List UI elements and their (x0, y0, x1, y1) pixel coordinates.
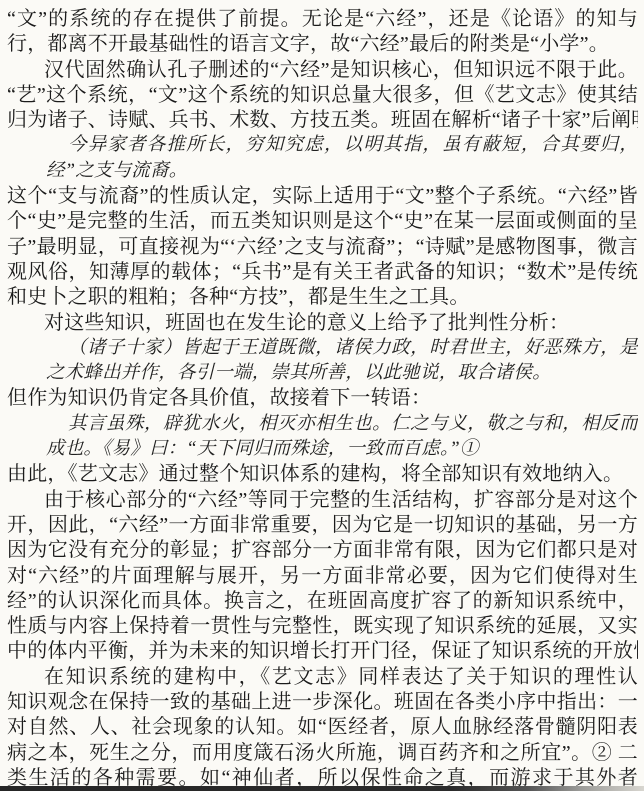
quote-text-line: 其言虽殊，辟犹水火，相灭亦相生也。仁之与义，敬之与和，相反而皆相 (7, 412, 638, 437)
body-text-line: 开，因此，“六经”一方面非常重要，因为它是一切知识的基础，另一方面非常朴素， (7, 513, 638, 538)
body-text-line: 由于核心部分的“六经”等同于完整的生活结构，扩容部分是对这个生活的展 (7, 488, 638, 513)
body-text-line: 经”的认识深化而具体。换言之，在班固高度扩容了的新知识系统中，所有的知识在 (7, 589, 638, 614)
body-text-line: 汉代固然确认孔子删述的“六经”是知识核心，但知识远不限于此。相对于 (7, 58, 638, 83)
quote-text-line: （诸子十家）皆起于王道既微，诸侯力政，时君世主，好恶殊方，是以九家 (7, 336, 638, 361)
body-text-line: 性质与内容上保持着一贯性与完整性，既实现了知识系统的延展，又实现了其在延展 (7, 614, 638, 639)
body-text-line: 观风俗，知薄厚的载体；“兵书”是有关王者武备的知识；“数术”是传统的明堂羲 (7, 260, 638, 285)
body-text-line: 对这些知识，班固也在发生论的意义上给予了批判性分析： (7, 311, 638, 336)
body-text-line: 这个“支与流裔”的性质认定，实际上适用于“文”整个子系统。“六经”皆史，这 (7, 184, 638, 209)
body-text-line: “艺”这个系统，“文”这个系统的知识总量大很多，但《艺文志》使其结构很清晰， (7, 83, 638, 108)
quote-text-line: 今异家者各推所长，穷知究虑，以明其指，虽有蔽短，合其要归，亦“六 (7, 133, 638, 158)
quote-text-line: 之术蜂出并作，各引一端，崇其所善，以此驰说，取合诸侯。 (7, 361, 638, 386)
body-text-line: 行，都离不开最基础性的语言文字，故“六经”最后的附类是“小学”。 (7, 32, 638, 57)
body-text-line: “文”的系统的存在提供了前提。无论是“六经”，还是《论语》的知与《孝经》的 (7, 7, 638, 32)
quote-text-line: 成也。《易》曰：“天下同归而殊途，一致而百虑。”① (7, 437, 638, 462)
body-text-line: 子”最明显，可直接视为“‘六经’之支与流裔”；“诗赋”是感物图事，微言相感， (7, 235, 638, 260)
body-text-line: 归为诸子、诗赋、兵书、术数、方技五类。班固在解析“诸子十家”后阐明： (7, 108, 638, 133)
body-text-line: 个“史”是完整的生活，而五类知识则是这个“史”在某一层面或侧面的呈现。“诸 (7, 209, 638, 234)
body-text-line: 由此，《艺文志》通过整个知识体系的建构，将全部知识有效地纳入。 (7, 462, 638, 487)
body-text-line: 但作为知识仍肯定各具价值，故接着下一转语： (7, 386, 638, 411)
body-text-line: 对自然、人、社会现象的认知。如“医经者，原人血脉经落骨髓阴阳表里，以起百 (7, 715, 638, 740)
body-text-line: 对“六经”的片面理解与展开，另一方面非常必要，因为它们使得对生活、对“六 (7, 564, 638, 589)
quote-text-line: 经”之支与流裔。 (7, 159, 638, 184)
body-text-line: 在知识系统的建构中，《艺文志》同样表达了关于知识的理性认识，并与孔子的 (7, 665, 638, 690)
scanned-page: “文”的系统的存在提供了前提。无论是“六经”，还是《论语》的知与《孝经》的行，都… (0, 0, 644, 791)
body-text-line: 病之本，死生之分，而用度箴石汤火所施，调百药齐和之所宜”。② 二是知识来自人 (7, 741, 638, 766)
page-text-block: “文”的系统的存在提供了前提。无论是“六经”，还是《论语》的知与《孝经》的行，都… (7, 7, 638, 791)
body-text-line: 知识观念在保持一致的基础上进一步深化。班固在各类小序中指出：一是知识来自 (7, 690, 638, 715)
body-text-line: 中的体内平衡，并为未来的知识增长打开门径，保证了知识系统的开放性。 (7, 639, 638, 664)
body-text-line: 和史卜之职的粗粕；各种“方技”，都是生生之工具。 (7, 285, 638, 310)
body-text-line: 因为它没有充分的彰显；扩容部分一方面非常有限，因为它们都只是对完整的生活、 (7, 538, 638, 563)
scan-edge-artifact (0, 786, 644, 791)
